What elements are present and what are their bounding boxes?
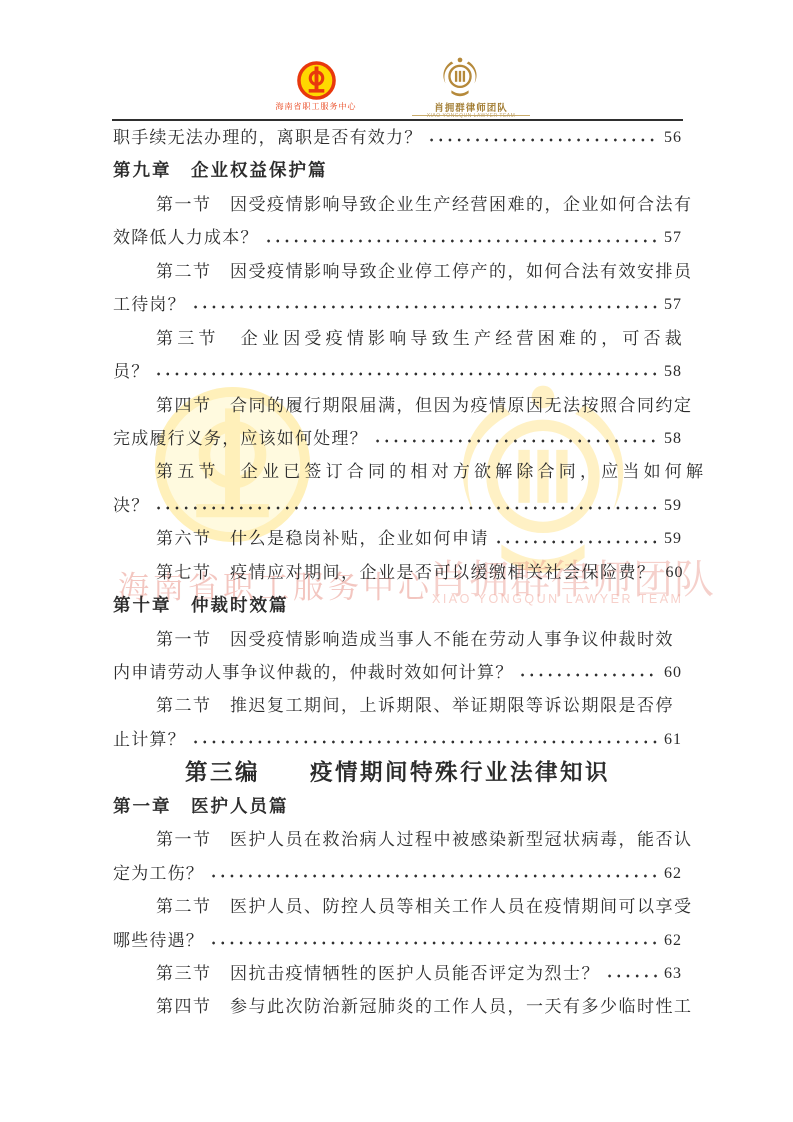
toc-entry-text: 定为工伤？ <box>113 857 204 890</box>
toc-entry: 第四节 参与此次防治新冠肺炎的工作人员，一天有多少临时性工 <box>113 990 682 1023</box>
dot-leader <box>209 857 659 890</box>
toc-entry-text: 第一节 因受疫情影响造成当事人不能在劳动人事争议仲裁时效 <box>156 623 674 656</box>
toc-entry-text: 员？ <box>113 355 149 388</box>
toc-entry-text: 第四节 参与此次防治新冠肺炎的工作人员，一天有多少临时性工 <box>156 990 693 1023</box>
toc-entry-text: 哪些待遇？ <box>113 924 204 957</box>
toc-page-number: 57 <box>664 288 682 321</box>
toc-entry: 第二节 医护人员、防控人员等相关工作人员在疫情期间可以享受 <box>113 890 682 923</box>
dot-leader <box>209 924 659 957</box>
toc-entry: 定为工伤？ 62 <box>113 857 682 890</box>
toc-entry-text: 第四节 合同的履行期限届满，但因为疫情原因无法按照合同约定 <box>156 389 693 422</box>
lawyer-team-logo-icon <box>440 56 480 99</box>
toc-entry-text: 第二节 医护人员、防控人员等相关工作人员在疫情期间可以享受 <box>156 890 693 923</box>
toc-page-number: 59 <box>664 522 682 555</box>
toc-entry: 完成履行义务，应该如何处理？ 58 <box>113 422 682 455</box>
toc-entry-text: 内申请劳动人事争议仲裁的，仲裁时效如何计算？ <box>113 656 513 689</box>
toc-entry-text: 职手续无法办理的，离职是否有效力？ <box>113 121 422 154</box>
toc-page-number: 58 <box>664 422 682 455</box>
toc-entry-text: 第五节 企业已签订合同的相对方欲解除合同，应当如何解 <box>156 455 707 488</box>
toc-entry: 第一节 医护人员在救治病人过程中被感染新型冠状病毒，能否认 <box>113 823 682 856</box>
toc-body: 职手续无法办理的，离职是否有效力？ 56 第九章 企业权益保护篇 第一节 因受疫… <box>113 121 682 1024</box>
document-page: 海南省职工服务中心 肖拥群律师团队 XIAO YONGQUN LAWYER TE… <box>0 0 793 1122</box>
toc-entry-text: 止计算？ <box>113 723 186 756</box>
toc-page-number: 56 <box>664 121 682 154</box>
toc-entry: 第二节 推迟复工期间，上诉期限、举证期限等诉讼期限是否停 <box>113 689 682 722</box>
toc-entry: 第二节 因受疫情影响导致企业停工停产的，如何合法有效安排员 <box>113 255 682 288</box>
dot-leader <box>264 221 659 254</box>
toc-chapter-heading: 第九章 企业权益保护篇 <box>113 154 682 187</box>
toc-chapter-heading: 第一章 医护人员篇 <box>113 790 682 823</box>
toc-entry: 止计算？ 61 <box>113 723 682 756</box>
toc-entry-text: 第二节 因受疫情影响导致企业停工停产的，如何合法有效安排员 <box>156 255 693 288</box>
toc-entry-text: 第九章 企业权益保护篇 <box>113 154 328 187</box>
toc-part-heading: 第三编 疫情期间特殊行业法律知识 <box>113 756 682 789</box>
toc-page-number: 63 <box>664 957 682 990</box>
toc-page-number: 60 <box>664 656 682 689</box>
dot-leader <box>191 288 659 321</box>
toc-entry: 员？ 58 <box>113 355 682 388</box>
toc-entry: 第一节 因受疫情影响造成当事人不能在劳动人事争议仲裁时效 <box>113 623 682 656</box>
toc-entry: 第三节 因抗击疫情牺牲的医护人员能否评定为烈士？ 63 <box>113 957 682 990</box>
toc-entry: 工待岗？ 57 <box>113 288 682 321</box>
toc-entry-text: 效降低人力成本？ <box>113 221 259 254</box>
union-logo-caption: 海南省职工服务中心 <box>260 101 372 112</box>
toc-entry: 职手续无法办理的，离职是否有效力？ 56 <box>113 121 682 154</box>
toc-entry: 决？ 59 <box>113 489 682 522</box>
toc-entry: 哪些待遇？ 62 <box>113 924 682 957</box>
toc-page-number: 61 <box>664 723 682 756</box>
union-logo-icon <box>297 61 336 100</box>
dot-leader <box>427 121 659 154</box>
toc-entry-text: 工待岗？ <box>113 288 186 321</box>
toc-entry-text: 第一章 医护人员篇 <box>113 790 289 823</box>
toc-page-number: 57 <box>664 221 682 254</box>
toc-entry-text: 第十章 仲裁时效篇 <box>113 589 289 622</box>
toc-entry-text: 决？ <box>113 489 149 522</box>
dot-leader <box>518 656 659 689</box>
dot-leader <box>154 489 659 522</box>
dot-leader <box>605 957 659 990</box>
toc-page-number: 60 <box>666 556 684 589</box>
toc-entry-text: 第一节 医护人员在救治病人过程中被感染新型冠状病毒，能否认 <box>156 823 693 856</box>
toc-entry: 效降低人力成本？ 57 <box>113 221 682 254</box>
toc-entry: 第六节 什么是稳岗补贴，企业如何申请 59 <box>113 522 682 555</box>
toc-entry: 第五节 企业已签订合同的相对方欲解除合同，应当如何解 <box>113 455 682 488</box>
toc-entry: 第四节 合同的履行期限届满，但因为疫情原因无法按照合同约定 <box>113 389 682 422</box>
dot-leader <box>373 422 659 455</box>
toc-page-number: 62 <box>664 857 682 890</box>
toc-entry: 内申请劳动人事争议仲裁的，仲裁时效如何计算？ 60 <box>113 656 682 689</box>
toc-page-number: 58 <box>664 355 682 388</box>
toc-entry-text: 第三编 疫情期间特殊行业法律知识 <box>185 756 610 789</box>
toc-entry-text: 完成履行义务，应该如何处理？ <box>113 422 368 455</box>
dot-leader <box>191 723 659 756</box>
toc-entry: 第一节 因受疫情影响导致企业生产经营困难的，企业如何合法有 <box>113 188 682 221</box>
dot-leader <box>154 355 659 388</box>
toc-entry-text: 第七节 疫情应对期间，企业是否可以缓缴相关社会保险费？ <box>156 556 656 589</box>
toc-entry-text: 第三节 因抗击疫情牺牲的医护人员能否评定为烈士？ <box>156 957 600 990</box>
toc-entry: 第七节 疫情应对期间，企业是否可以缓缴相关社会保险费？ 60 <box>113 556 682 589</box>
toc-page-number: 59 <box>664 489 682 522</box>
toc-entry-text: 第六节 什么是稳岗补贴，企业如何申请 <box>156 522 489 555</box>
dot-leader <box>494 522 659 555</box>
toc-entry: 第三节 企业因受疫情影响导致生产经营困难的，可否裁 <box>113 322 682 355</box>
toc-chapter-heading: 第十章 仲裁时效篇 <box>113 589 682 622</box>
toc-page-number: 62 <box>664 924 682 957</box>
toc-entry-text: 第二节 推迟复工期间，上诉期限、举证期限等诉讼期限是否停 <box>156 689 674 722</box>
toc-entry-text: 第三节 企业因受疫情影响导致生产经营困难的，可否裁 <box>156 322 686 355</box>
toc-entry-text: 第一节 因受疫情影响导致企业生产经营困难的，企业如何合法有 <box>156 188 693 221</box>
